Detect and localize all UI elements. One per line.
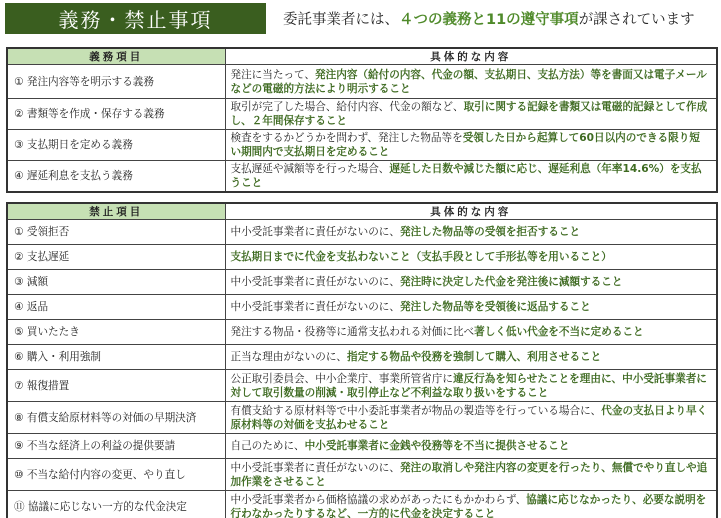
table-row: ③ 支払期日を定める義務検査をするかどうかを問わず、発注した物品等を受領した日か… <box>7 130 717 161</box>
row-item-label: ⑧ 有償支給原材料等の対価の早期決済 <box>7 402 225 434</box>
plain-text: 検査をするかどうかを問わず、発注した物品等を <box>231 132 463 144</box>
plain-text: 正当な理由がないのに、 <box>231 351 348 363</box>
row-content: 中小受託事業者に責任がないのに、発注した物品等の受領を拒否すること <box>225 220 717 245</box>
row-content: 支払遅延や減額等を行った場合、遅延した日数や減じた額に応じ、遅延利息（年率14.… <box>225 161 717 193</box>
row-content: 中小受託事業者に責任がないのに、発注した物品等を受領後に返品すること <box>225 295 717 320</box>
table-row: ② 支払遅延支払期日までに代金を支払わないこと（支払手段として手形払等を用いるこ… <box>7 245 717 270</box>
row-content: 支払期日までに代金を支払わないこと（支払手段として手形払等を用いること） <box>225 245 717 270</box>
column-header-content: 具体的な内容 <box>225 203 717 220</box>
row-content: 公正取引委員会、中小企業庁、事業所管省庁に違反行為を知らせたことを理由に、中小受… <box>225 370 717 402</box>
plain-text: 中小受託事業者に責任がないのに、 <box>231 276 401 288</box>
plain-text: 自己のために、 <box>231 440 305 452</box>
highlighted-text: 発注した物品等の受領を拒否すること <box>400 226 580 238</box>
table-row: ② 書類等を作成・保存する義務取引が完了した場合、給付内容、代金の額など、取引に… <box>7 99 717 130</box>
row-content: 正当な理由がないのに、指定する物品や役務を強制して購入、利用させること <box>225 345 717 370</box>
highlighted-text: 指定する物品や役務を強制して購入、利用させること <box>347 351 601 363</box>
obligations-table: 義務項目 具体的な内容 ① 発注内容等を明示する義務発注に当たって、発注内容（給… <box>6 47 718 193</box>
plain-text: 取引が完了した場合、給付内容、代金の額など、 <box>231 101 464 113</box>
row-item-label: ④ 返品 <box>7 295 225 320</box>
row-item-label: ⑨ 不当な経済上の利益の提供要請 <box>7 434 225 459</box>
column-header-item: 禁止項目 <box>7 203 225 220</box>
plain-text: 公正取引委員会、中小企業庁、事業所管省庁に <box>231 373 453 385</box>
subtitle-suffix: が課されています <box>579 12 695 28</box>
row-content: 検査をするかどうかを問わず、発注した物品等を受領した日から起算して60日以内ので… <box>225 130 717 161</box>
prohibitions-table: 禁止項目 具体的な内容 ① 受領拒否中小受託事業者に責任がないのに、発注した物品… <box>6 202 718 518</box>
plain-text: 発注に当たって、 <box>231 69 316 81</box>
subtitle-highlight: ４つの義務と11の遵守事項 <box>399 12 579 28</box>
plain-text: 支払遅延や減額等を行った場合、 <box>231 163 390 175</box>
row-content: 発注に当たって、発注内容（給付の内容、代金の額、支払期日、支払方法）等を書面又は… <box>225 65 717 99</box>
table-row: ④ 遅延利息を支払う義務支払遅延や減額等を行った場合、遅延した日数や減じた額に応… <box>7 161 717 193</box>
plain-text: 中小受託事業者に責任がないのに、 <box>231 226 401 238</box>
subtitle-prefix: 委託事業者には、 <box>283 12 399 28</box>
table-row: ① 受領拒否中小受託事業者に責任がないのに、発注した物品等の受領を拒否すること <box>7 220 717 245</box>
highlighted-text: 中小受託事業者に金銭や役務等を不当に提供させること <box>305 440 570 452</box>
row-item-label: ⑦ 報復措置 <box>7 370 225 402</box>
row-item-label: ④ 遅延利息を支払う義務 <box>7 161 225 193</box>
page-title: 義務・禁止事項 <box>5 3 266 34</box>
row-item-label: ⑪ 協議に応じない一方的な代金決定 <box>7 491 225 518</box>
highlighted-text: 支払期日までに代金を支払わないこと（支払手段として手形払等を用いること） <box>231 251 612 263</box>
row-item-label: ① 受領拒否 <box>7 220 225 245</box>
row-item-label: ⑥ 購入・利用強制 <box>7 345 225 370</box>
row-content: 取引が完了した場合、給付内容、代金の額など、取引に関する記録を書類又は電磁的記録… <box>225 99 717 130</box>
table-row: ④ 返品中小受託事業者に責任がないのに、発注した物品等を受領後に返品すること <box>7 295 717 320</box>
table-row: ③ 減額中小受託事業者に責任がないのに、発注時に決定した代金を発注後に減額するこ… <box>7 270 717 295</box>
row-item-label: ③ 支払期日を定める義務 <box>7 130 225 161</box>
table-header-row: 義務項目 具体的な内容 <box>7 48 717 65</box>
row-content: 中小受託事業者から価格協議の求めがあったにもかかわらず、協議に応じなかったり、必… <box>225 491 717 518</box>
row-content: 中小受託事業者に責任がないのに、発注の取消しや発注内容の変更を行ったり、無償でや… <box>225 459 717 491</box>
plain-text: 有償支給する原材料等で中小委託事業者が物品の製造等を行っている場合に、 <box>231 405 602 417</box>
table-row: ⑦ 報復措置公正取引委員会、中小企業庁、事業所管省庁に違反行為を知らせたことを理… <box>7 370 717 402</box>
plain-text: 中小受託事業者に責任がないのに、 <box>231 301 401 313</box>
table-row: ⑨ 不当な経済上の利益の提供要請自己のために、中小受託事業者に金銭や役務等を不当… <box>7 434 717 459</box>
table-header-row: 禁止項目 具体的な内容 <box>7 203 717 220</box>
row-item-label: ⑤ 買いたたき <box>7 320 225 345</box>
row-item-label: ⑩ 不当な給付内容の変更、やり直し <box>7 459 225 491</box>
row-content: 発注する物品・役務等に通常支払われる対価に比べ著しく低い代金を不当に定めること <box>225 320 717 345</box>
highlighted-text: 発注時に決定した代金を発注後に減額すること <box>400 276 622 288</box>
row-content: 中小受託事業者に責任がないのに、発注時に決定した代金を発注後に減額すること <box>225 270 717 295</box>
row-item-label: ① 発注内容等を明示する義務 <box>7 65 225 99</box>
page-subtitle: 委託事業者には、４つの義務と11の遵守事項が課されています <box>283 8 695 29</box>
table-row: ⑥ 購入・利用強制正当な理由がないのに、指定する物品や役務を強制して購入、利用さ… <box>7 345 717 370</box>
row-content: 有償支給する原材料等で中小委託事業者が物品の製造等を行っている場合に、代金の支払… <box>225 402 717 434</box>
highlighted-text: 発注した物品等を受領後に返品すること <box>400 301 591 313</box>
plain-text: 発注する物品・役務等に通常支払われる対価に比べ <box>231 326 475 338</box>
table-row: ⑧ 有償支給原材料等の対価の早期決済有償支給する原材料等で中小委託事業者が物品の… <box>7 402 717 434</box>
row-content: 自己のために、中小受託事業者に金銭や役務等を不当に提供させること <box>225 434 717 459</box>
table-row: ⑤ 買いたたき発注する物品・役務等に通常支払われる対価に比べ著しく低い代金を不当… <box>7 320 717 345</box>
row-item-label: ③ 減額 <box>7 270 225 295</box>
row-item-label: ② 支払遅延 <box>7 245 225 270</box>
table-row: ⑩ 不当な給付内容の変更、やり直し中小受託事業者に責任がないのに、発注の取消しや… <box>7 459 717 491</box>
row-item-label: ② 書類等を作成・保存する義務 <box>7 99 225 130</box>
plain-text: 中小受託事業者から価格協議の求めがあったにもかかわらず、 <box>231 494 527 506</box>
table-row: ① 発注内容等を明示する義務発注に当たって、発注内容（給付の内容、代金の額、支払… <box>7 65 717 99</box>
column-header-item: 義務項目 <box>7 48 225 65</box>
table-row: ⑪ 協議に応じない一方的な代金決定中小受託事業者から価格協議の求めがあったにもか… <box>7 491 717 518</box>
highlighted-text: 著しく低い代金を不当に定めること <box>474 326 644 338</box>
plain-text: 中小受託事業者に責任がないのに、 <box>231 462 401 474</box>
column-header-content: 具体的な内容 <box>225 48 717 65</box>
